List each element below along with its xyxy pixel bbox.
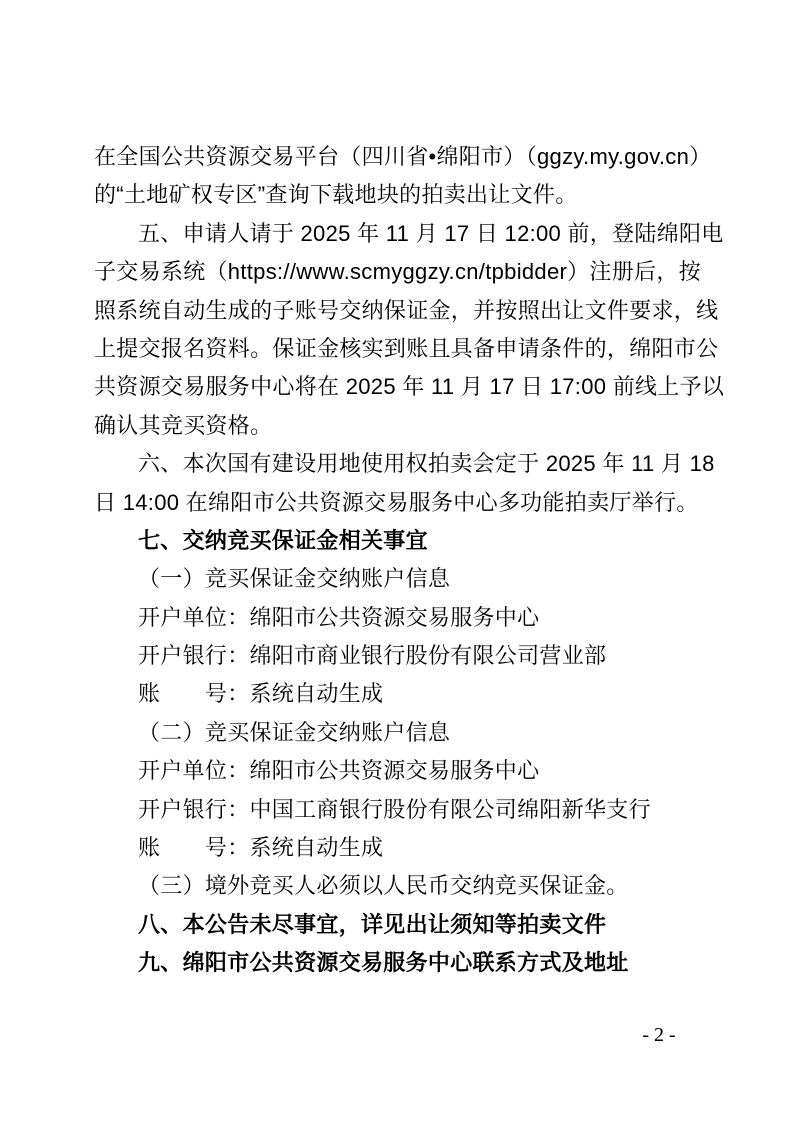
document-body: 在全国公共资源交易平台（四川省•绵阳市）（ggzy.my.gov.cn） 的“土… (94, 138, 704, 983)
item5-line3: 照系统自动生成的子账号交纳保证金，并按照出让文件要求，线 (94, 292, 704, 330)
para-continuation-download: 的“土地矿权专区”查询下载地块的拍卖出让文件。 (94, 176, 704, 214)
sub2-bank-name: 开户银行：中国工商银行股份有限公司绵阳新华支行 (94, 791, 704, 829)
item6-line1: 六、本次国有建设用地使用权拍卖会定于 2025 年 11 月 18 (94, 445, 704, 483)
item5-line4: 上提交报名资料。保证金核实到账且具备申请条件的，绵阳市公 (94, 330, 704, 368)
sub2-heading: （二）竞买保证金交纳账户信息 (94, 714, 704, 752)
sub2-account-number: 账 号：系统自动生成 (94, 829, 704, 867)
sub3-foreign-bidder-note: （三）境外竞买人必须以人民币交纳竞买保证金。 (94, 867, 704, 905)
item8-heading: 八、本公告未尽事宜，详见出让须知等拍卖文件 (94, 906, 704, 944)
item5-line2-url: 子交易系统（https://www.scmyggzy.cn/tpbidder）注… (94, 253, 704, 291)
page-number: - 2 - (624, 1024, 694, 1047)
item6-line2: 日 14:00 在绵阳市公共资源交易服务中心多功能拍卖厅举行。 (94, 484, 704, 522)
item5-line1: 五、申请人请于 2025 年 11 月 17 日 12:00 前，登陆绵阳电 (94, 215, 704, 253)
document-page: 在全国公共资源交易平台（四川省•绵阳市）（ggzy.my.gov.cn） 的“土… (0, 0, 793, 1122)
sub2-account-holder: 开户单位：绵阳市公共资源交易服务中心 (94, 752, 704, 790)
sub1-bank-name: 开户银行：绵阳市商业银行股份有限公司营业部 (94, 637, 704, 675)
sub1-account-holder: 开户单位：绵阳市公共资源交易服务中心 (94, 599, 704, 637)
item5-line6: 确认其竞买资格。 (94, 407, 704, 445)
para-continuation-platform: 在全国公共资源交易平台（四川省•绵阳市）（ggzy.my.gov.cn） (94, 138, 704, 176)
item5-line5: 共资源交易服务中心将在 2025 年 11 月 17 日 17:00 前线上予以 (94, 368, 704, 406)
item7-heading: 七、交纳竞买保证金相关事宜 (94, 522, 704, 560)
item9-heading: 九、绵阳市公共资源交易服务中心联系方式及地址 (94, 944, 704, 982)
sub1-account-number: 账 号：系统自动生成 (94, 675, 704, 713)
sub1-heading: （一）竞买保证金交纳账户信息 (94, 560, 704, 598)
